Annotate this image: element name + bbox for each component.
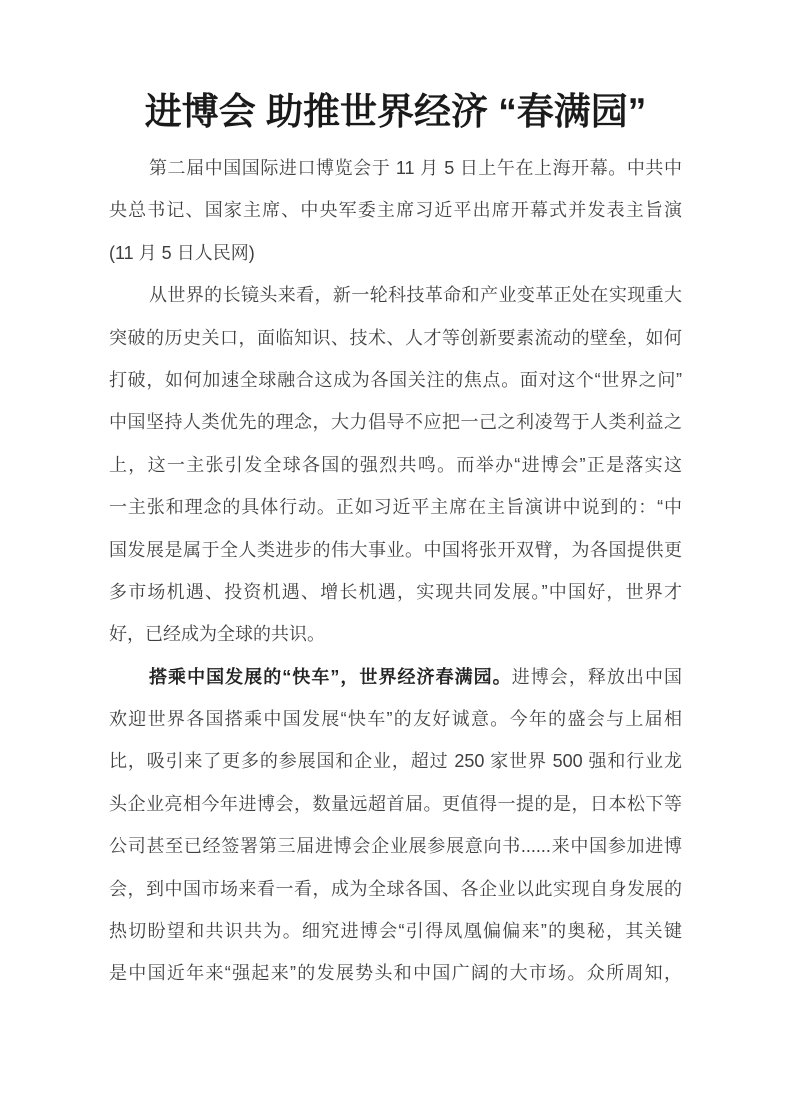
text-line: 多市场机遇、投资机遇、增长机遇，实现共同发展。”中国好，世界才: [109, 571, 682, 613]
text-line: 头企业亮相今年进博会，数量远超首届。更值得一提的是，日本松下等: [109, 783, 682, 825]
lead-rest-text: 进博会，释放出中国: [512, 667, 682, 687]
paragraph-1: 第二届中国国际进口博览会于 11 月 5 日上午在上海开幕。中共中 央总书记、国…: [109, 147, 682, 274]
document-title: 进博会 助推世界经济 “春满园”: [109, 86, 682, 138]
text-line: 欢迎世界各国搭乘中国发展“快车”的友好诚意。今年的盛会与上届相: [109, 698, 682, 740]
document-page: 进博会 助推世界经济 “春满园” 第二届中国国际进口博览会于 11 月 5 日上…: [0, 0, 794, 1108]
text-line: (11 月 5 日人民网): [109, 232, 682, 274]
document-body: 第二届中国国际进口博览会于 11 月 5 日上午在上海开幕。中共中 央总书记、国…: [109, 147, 682, 995]
paragraph-3: 搭乘中国发展的“快车”，世界经济春满园。进博会，释放出中国 欢迎世界各国搭乘中国…: [109, 656, 682, 995]
text-line: 打破，如何加速全球融合这成为各国关注的焦点。面对这个“世界之问”: [109, 359, 682, 401]
paragraph-2: 从世界的长镜头来看，新一轮科技革命和产业变革正处在实现重大 突破的历史关口，面临…: [109, 274, 682, 656]
text-line: 会，到中国市场来看一看，成为全球各国、各企业以此实现自身发展的: [109, 868, 682, 910]
text-line: 好，已经成为全球的共识。: [109, 613, 682, 655]
text-line: 比，吸引来了更多的参展国和企业，超过 250 家世界 500 强和行业龙: [109, 740, 682, 782]
text-line: 搭乘中国发展的“快车”，世界经济春满园。进博会，释放出中国: [109, 656, 682, 698]
text-line: 中国坚持人类优先的理念，大力倡导不应把一己之利凌驾于人类利益之: [109, 401, 682, 443]
text-line: 热切盼望和共识共为。细究进博会“引得凤凰偏偏来”的奥秘，其关键: [109, 910, 682, 952]
text-line: 国发展是属于全人类进步的伟大事业。中国将张开双臂，为各国提供更: [109, 529, 682, 571]
text-line: 上，这一主张引发全球各国的强烈共鸣。而举办“进博会”正是落实这: [109, 444, 682, 486]
text-line: 突破的历史关口，面临知识、技术、人才等创新要素流动的壁垒，如何: [109, 317, 682, 359]
text-line: 央总书记、国家主席、中央军委主席习近平出席开幕式并发表主旨演讲。: [109, 189, 682, 231]
text-line: 从世界的长镜头来看，新一轮科技革命和产业变革正处在实现重大: [109, 274, 682, 316]
text-line: 是中国近年来“强起来”的发展势头和中国广阔的大市场。众所周知，: [109, 952, 682, 994]
text-line: 公司甚至已经签署第三届进博会企业展参展意向书......来中国参加进博: [109, 825, 682, 867]
text-line: 第二届中国国际进口博览会于 11 月 5 日上午在上海开幕。中共中: [109, 147, 682, 189]
bold-lead-text: 搭乘中国发展的“快车”，世界经济春满园。: [149, 667, 512, 687]
text-line: 一主张和理念的具体行动。正如习近平主席在主旨演讲中说到的：“中: [109, 486, 682, 528]
